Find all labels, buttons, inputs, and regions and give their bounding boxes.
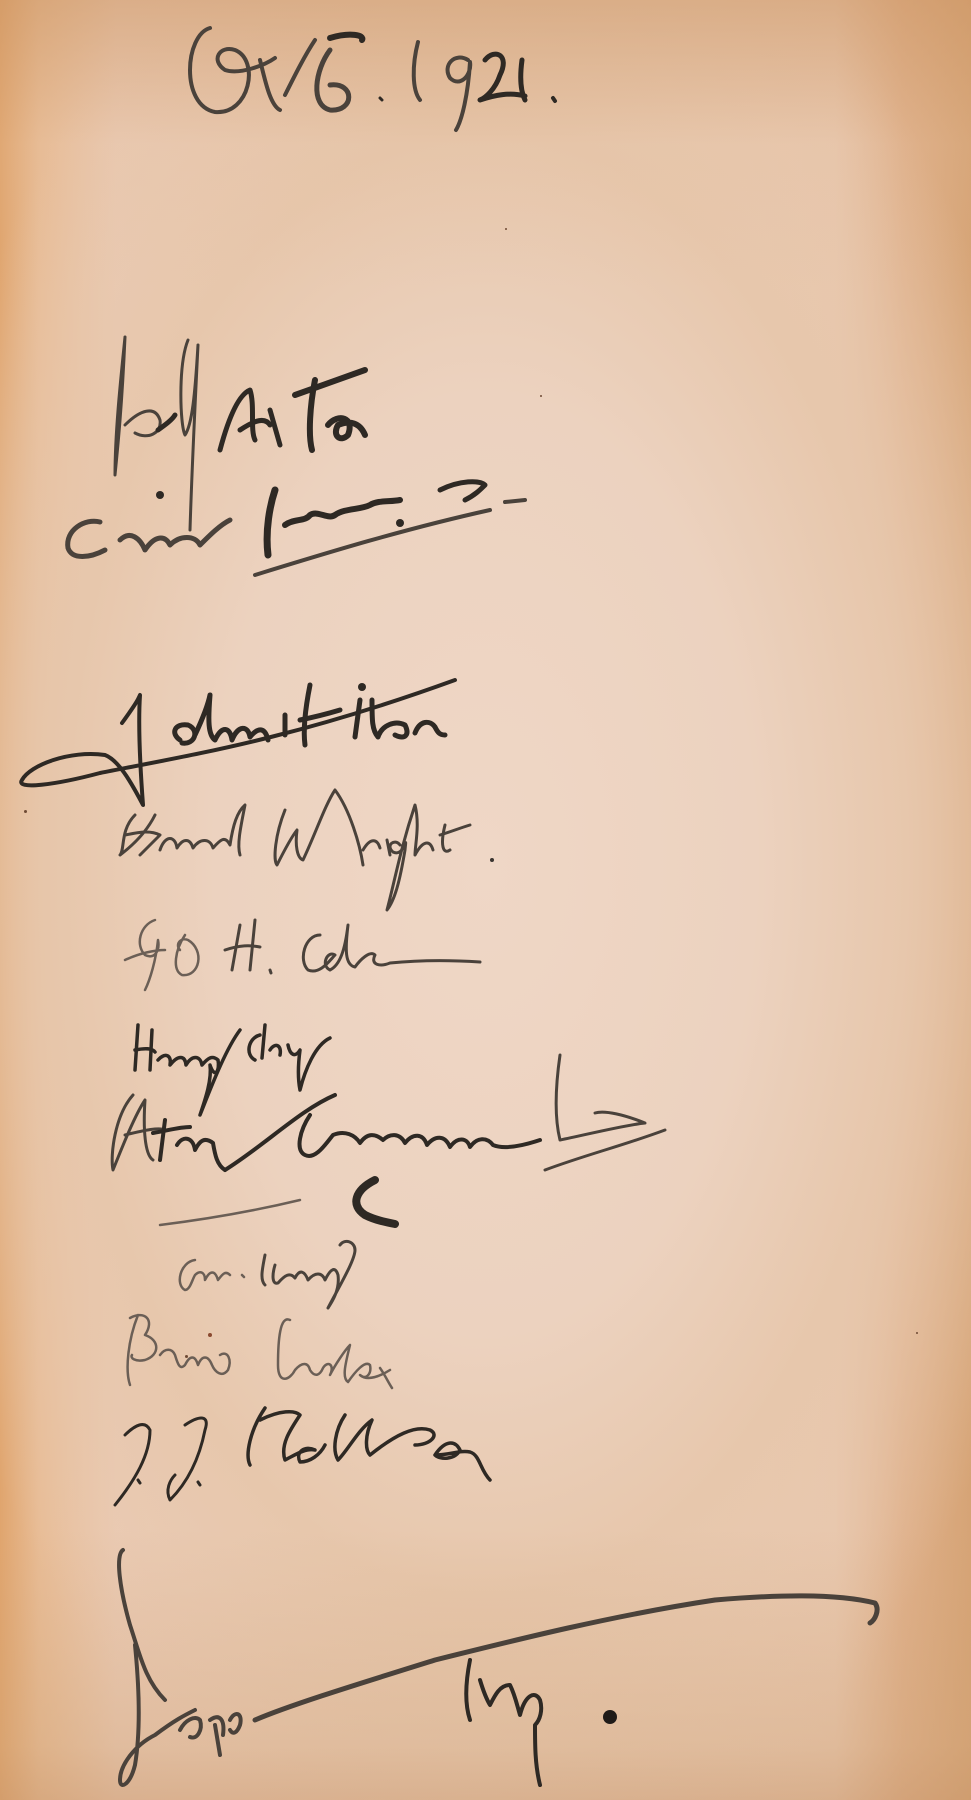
signature-2: George Lansbury (partially legible) bbox=[60, 480, 540, 630]
signature-arthur-greenwood-handwriting-icon bbox=[105, 1055, 675, 1175]
paper-speck bbox=[185, 1355, 188, 1358]
paper-speck bbox=[916, 1332, 918, 1334]
signature-j-j-mallon: J. J. Mallon bbox=[110, 1400, 610, 1510]
signature-bruno-lasker: Bruno Lasker bbox=[120, 1310, 420, 1410]
signature-g-d-h-cole: G. D. H. Cole bbox=[120, 905, 500, 995]
autograph-page: Oct 6. 1921. R. H. Tawney (illegible, tr… bbox=[0, 0, 971, 1800]
signature-g-d-h-cole-handwriting-icon bbox=[120, 905, 500, 995]
signature-arthur-greenwood: Arthur Greenwood bbox=[105, 1055, 675, 1175]
signature-j-j-mallon-handwriting-icon bbox=[110, 1400, 610, 1510]
paper-speck bbox=[24, 810, 27, 813]
date-handwriting-icon bbox=[180, 20, 630, 130]
page-date: Oct 6. 1921. bbox=[180, 20, 630, 130]
paper-speck bbox=[505, 228, 507, 230]
signature-bruno-lasker-handwriting-icon bbox=[120, 1310, 420, 1410]
paper-speck bbox=[540, 395, 542, 397]
signature-joseph-thorp: Joseph Thorp. bbox=[115, 1545, 895, 1795]
signature-2-handwriting-icon bbox=[60, 480, 540, 630]
signature-harold-wright: Harold Wright. bbox=[115, 750, 525, 910]
signature-joseph-thorp-handwriting-icon bbox=[115, 1545, 895, 1795]
signature-harold-wright-handwriting-icon bbox=[115, 750, 525, 910]
signature-c-m-lloyd: C. M. Lloyd bbox=[160, 1180, 400, 1310]
signature-c-m-lloyd-handwriting-icon bbox=[160, 1180, 400, 1310]
